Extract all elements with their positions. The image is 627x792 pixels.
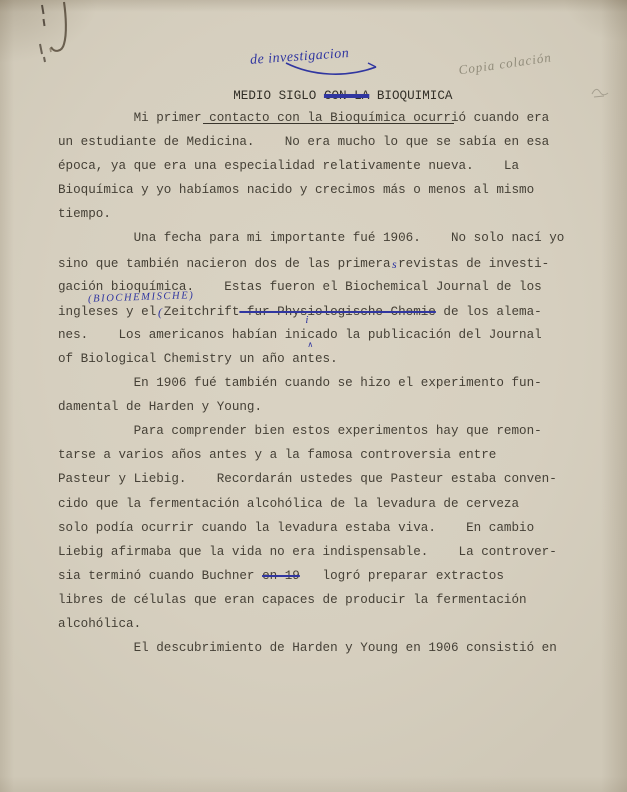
typed-text: ado la publicación del Journal	[315, 328, 542, 342]
typed-line: sia terminó cuando Buchner en 19 logró p…	[58, 564, 578, 588]
typed-text: Para comprender bien estos experimentos …	[58, 424, 542, 438]
typed-line: El descubrimiento de Harden y Young en 1…	[58, 636, 578, 660]
pencil-scribble-icon	[589, 84, 611, 102]
title-text: BIOQUIMICA	[369, 89, 452, 103]
typed-text: tarse a varios años antes y a la famosa …	[58, 448, 496, 462]
handwritten-s-insert: s	[391, 252, 399, 276]
typed-text: Zeitchrift	[164, 305, 240, 319]
typed-text: Pasteur y Liebig. Recordarán ustedes que…	[58, 472, 557, 486]
handwritten-paren: (	[156, 300, 164, 324]
struck-date: en 19	[262, 569, 300, 583]
typed-text: sino que también nacieron dos de las pri…	[58, 257, 391, 271]
typed-line: Para comprender bien estos experimentos …	[58, 419, 578, 443]
typed-text: Liebig afirmaba que la vida no era indis…	[58, 545, 557, 559]
corrected-word-inicado: ci∧	[307, 328, 315, 342]
typed-text: alcohólica.	[58, 617, 141, 631]
handwritten-insert-above: i	[305, 315, 308, 326]
typed-line: solo podía ocurrir cuando la levadura es…	[58, 516, 578, 540]
typed-line: damental de Harden y Young.	[58, 395, 578, 419]
typed-text: un estudiante de Medicina. No era mucho …	[58, 135, 549, 149]
title-text: MEDIO SIGLO	[233, 89, 324, 103]
handwritten-caret: ∧	[307, 341, 313, 349]
typed-line: Una fecha para mi importante fué 1906. N…	[58, 226, 578, 250]
typed-text: En 1906 fué también cuando se hizo el ex…	[58, 376, 542, 390]
typewritten-page: Copia colación de investigacion MEDIO SI…	[0, 0, 627, 792]
typed-line: ingleses y el(Zeitchrift fur Physiologis…	[58, 299, 578, 323]
typed-line: libres de células que eran capaces de pr…	[58, 588, 578, 612]
typed-line: En 1906 fué también cuando se hizo el ex…	[58, 371, 578, 395]
typed-text: Una fecha para mi importante fué 1906. N…	[58, 231, 564, 245]
typed-text: damental de Harden y Young.	[58, 400, 262, 414]
typed-line: Liebig afirmaba que la vida no era indis…	[58, 540, 578, 564]
typed-text: Bioquímica y yo habíamos nacido y crecim…	[58, 183, 534, 197]
typed-line: tarse a varios años antes y a la famosa …	[58, 443, 578, 467]
typed-line: alcohólica.	[58, 612, 578, 636]
typed-line: un estudiante de Medicina. No era mucho …	[58, 130, 578, 154]
pencil-note: Copia colación	[458, 42, 609, 79]
typed-line: nes. Los americanos habían inici∧ado la …	[58, 323, 578, 347]
title-line: MEDIO SIGLO CON LA BIOQUIMICA	[233, 89, 452, 103]
staple-rust-marks-icon	[30, 0, 90, 72]
title-struck-words: CON LA	[324, 89, 369, 103]
typed-line: gación bioquímica. Estas fueron el Bioch…	[58, 275, 578, 299]
typed-text: logró preparar extractos	[300, 569, 504, 583]
typed-text: of Biological Chemistry un año antes.	[58, 352, 338, 366]
typed-text: época, ya que era una especialidad relat…	[58, 159, 519, 173]
struck-journal-name: fur Physiologische Chemie	[239, 305, 436, 319]
typed-body: Mi primer contacto con la Bioquímica ocu…	[58, 106, 578, 660]
typed-text: ingleses y el	[58, 305, 156, 319]
typed-text: revistas de investi-	[398, 257, 549, 271]
typed-text: El descubrimiento de Harden y Young en 1…	[58, 641, 557, 655]
typed-line: tiempo.	[58, 202, 578, 226]
typed-line: sino que también nacieron dos de las pri…	[58, 251, 578, 275]
typed-text: Mi primer contacto con la Bioquímica ocu…	[58, 111, 549, 125]
typed-line: of Biological Chemistry un año antes.	[58, 347, 578, 371]
typed-text: libres de células que eran capaces de pr…	[58, 593, 527, 607]
typed-text: tiempo.	[58, 207, 111, 221]
typed-line: cido que la fermentación alcohólica de l…	[58, 492, 578, 516]
typed-line: época, ya que era una especialidad relat…	[58, 154, 578, 178]
typed-text: nes. Los americanos habían ini	[58, 328, 307, 342]
typed-text: sia terminó cuando Buchner	[58, 569, 262, 583]
typed-text: gación bioquímica. Estas fueron el Bioch…	[58, 280, 542, 294]
typed-text: de los alema-	[436, 305, 542, 319]
typed-text: cido que la fermentación alcohólica de l…	[58, 497, 519, 511]
typed-line: Bioquímica y yo habíamos nacido y crecim…	[58, 178, 578, 202]
typed-line: Pasteur y Liebig. Recordarán ustedes que…	[58, 467, 578, 491]
typed-text: solo podía ocurrir cuando la levadura es…	[58, 521, 534, 535]
typed-line: Mi primer contacto con la Bioquímica ocu…	[58, 106, 578, 130]
